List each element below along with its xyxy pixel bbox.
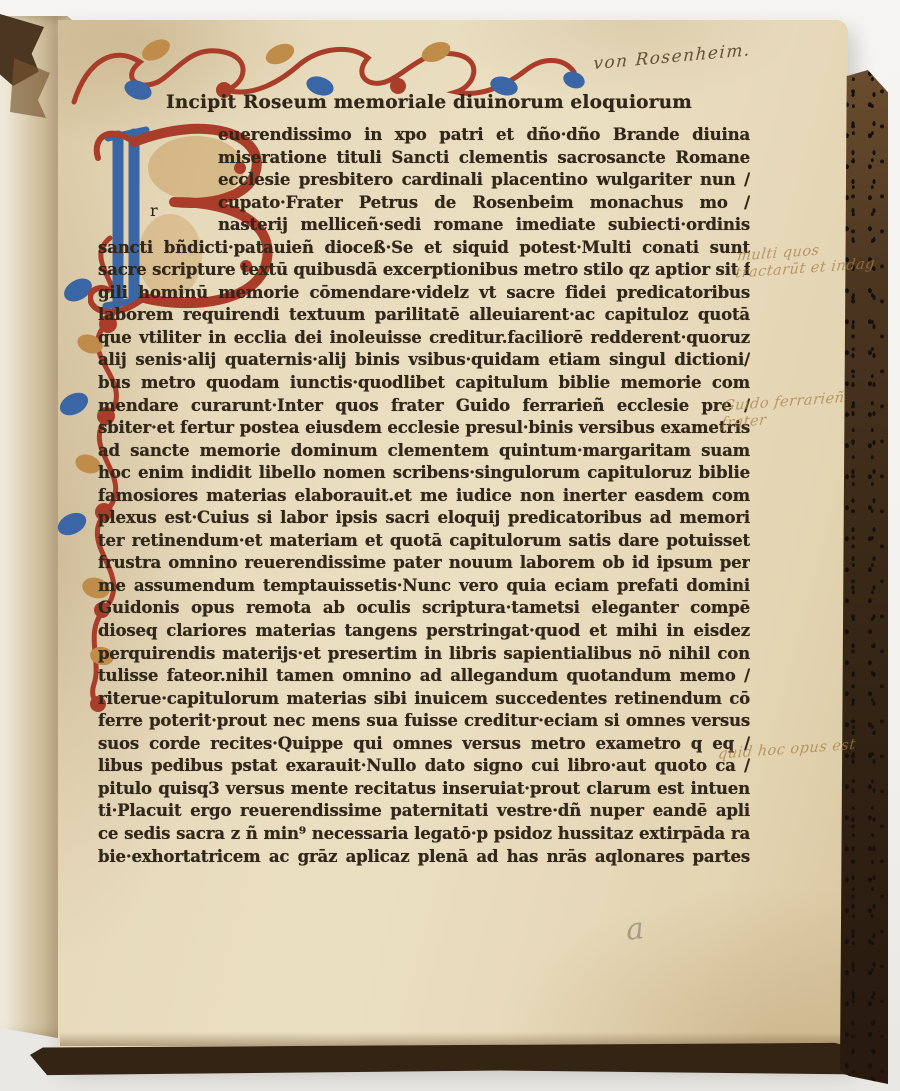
text-line: que vtiliter in ecclia dei inoleuisse cr… [98,326,750,349]
text-line: ad sancte memorie dominum clementem quin… [98,439,750,462]
parchment-page: r Incipit Roseum memoriale diuinorum elo… [58,20,848,1062]
photograph-of-incunable-page: r Incipit Roseum memoriale diuinorum elo… [0,0,900,1091]
text-line: ecclesie presbitero cardinali placentino… [218,168,750,191]
cover-bottom-edge [30,1042,886,1088]
text-line: frustra omnino reuerendissime pater nouu… [98,551,750,574]
text-line: bie·exhortatricem ac grāz aplicaz plenā … [98,845,750,868]
handwritten-ownership-note: von Rosenheim. [593,34,823,74]
text-line: dioseq clariores materias tangens perstr… [98,619,750,642]
text-line: me assumendum temptauissetis·Nunc vero q… [98,574,750,597]
text-line: tulisse fateor.nihil tamen omnino ad all… [98,664,750,687]
text-line: ferre poterit·prout nec mens sua fuisse … [98,709,750,732]
text-block: euerendissimo in xpo patri et dño·dño Br… [98,123,750,867]
text-line: nasterij melliceñ·sedi romane imediate s… [218,213,750,236]
text-line: suos corde recites·Quippe qui omnes vers… [98,732,750,755]
text-line: Guidonis opus remota ab oculis scriptura… [98,596,750,619]
text-line: ter retinendum·et materiam et quotā capi… [98,529,750,552]
text-line: gili hominū memorie cōmendare·videlz vt … [98,281,750,304]
text-line: euerendissimo in xpo patri et dño·dño Br… [218,123,750,146]
text-line: sancti bñdicti·patauieñ dioceß·Se et siq… [98,236,750,259]
text-line: sbiter·et fertur postea eiusdem ecclesie… [98,416,750,439]
text-line: perquirendis materijs·et presertim in li… [98,642,750,665]
text-line: sacre scripture textū quibusdā excerptio… [98,258,750,281]
quire-signature: a [624,911,645,948]
leather-cover-edge [840,70,888,1084]
text-line: riterue·capitulorum materias sibi inuice… [98,687,750,710]
text-line: mendare curarunt·Inter quos frater Guido… [98,394,750,417]
text-line: famosiores materias elaborauit.et me iud… [98,484,750,507]
text-line: ti·Placuit ergo reuerendissime paternita… [98,799,750,822]
text-line: miseratione tituli Sancti clementis sacr… [218,146,750,169]
text-line: libus pedibus pstat exarauit·Nullo dato … [98,754,750,777]
text-line: pitulo quisq3 versus mente recitatus ins… [98,777,750,800]
incipit-line: Incipit Roseum memoriale diuinorum eloqu… [166,92,692,113]
text-line: ce sedis sacra z ñ min⁹ necessaria legat… [98,822,750,845]
text-line: plexus est·Cuius si labor ipsis sacri el… [98,506,750,529]
text-line: bus metro quodam iunctis·quodlibet capit… [98,371,750,394]
text-line: alij senis·alij quaternis·alij binis vsi… [98,348,750,371]
text-line: hoc enim indidit libello nomen scribens·… [98,461,750,484]
text-line: laborem requirendi textuum parilitatē al… [98,303,750,326]
text-line: cupato·Frater Petrus de Rosenbeim monach… [218,191,750,214]
